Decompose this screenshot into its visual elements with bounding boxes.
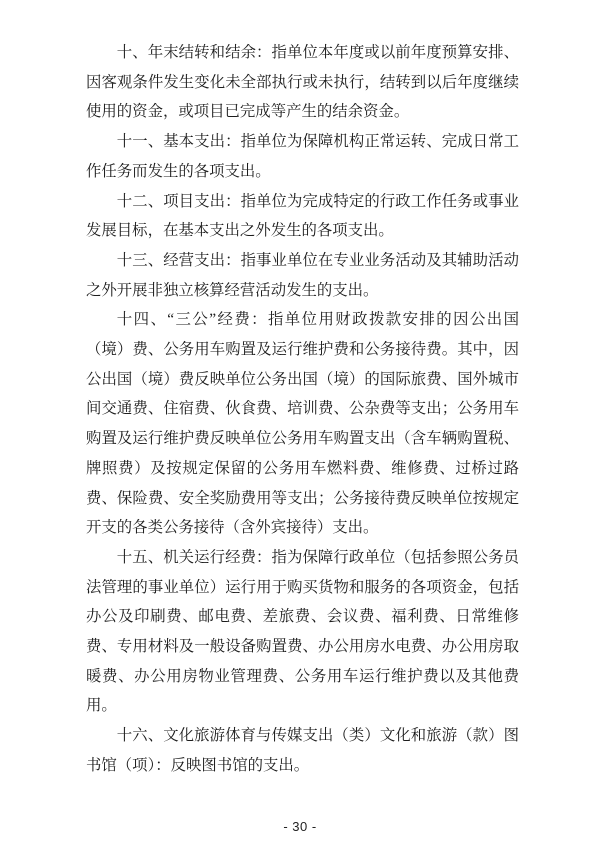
document-page: 十、年末结转和结余：指单位本年度或以前年度预算安排、因客观条件发生变化未全部执行… [0,0,600,848]
paragraph: 十三、经营支出：指事业单位在专业业务活动及其辅助活动之外开展非独立核算经营活动发… [86,246,519,305]
paragraph: 十一、基本支出：指单位为保障机构正常运转、完成日常工作任务而发生的各项支出。 [86,127,519,186]
paragraph: 十、年末结转和结余：指单位本年度或以前年度预算安排、因客观条件发生变化未全部执行… [86,38,519,127]
paragraph: 十四、“三公”经费：指单位用财政拨款安排的因公出国（境）费、公务用车购置及运行维… [86,305,519,543]
document-body: 十、年末结转和结余：指单位本年度或以前年度预算安排、因客观条件发生变化未全部执行… [86,38,519,781]
page-number: - 30 - [0,819,600,834]
paragraph: 十六、文化旅游体育与传媒支出（类）文化和旅游（款）图书馆（项）：反映图书馆的支出… [86,721,519,780]
paragraph: 十五、机关运行经费：指为保障行政单位（包括参照公务员法管理的事业单位）运行用于购… [86,543,519,721]
paragraph: 十二、项目支出：指单位为完成特定的行政工作任务或事业发展目标，在基本支出之外发生… [86,187,519,246]
